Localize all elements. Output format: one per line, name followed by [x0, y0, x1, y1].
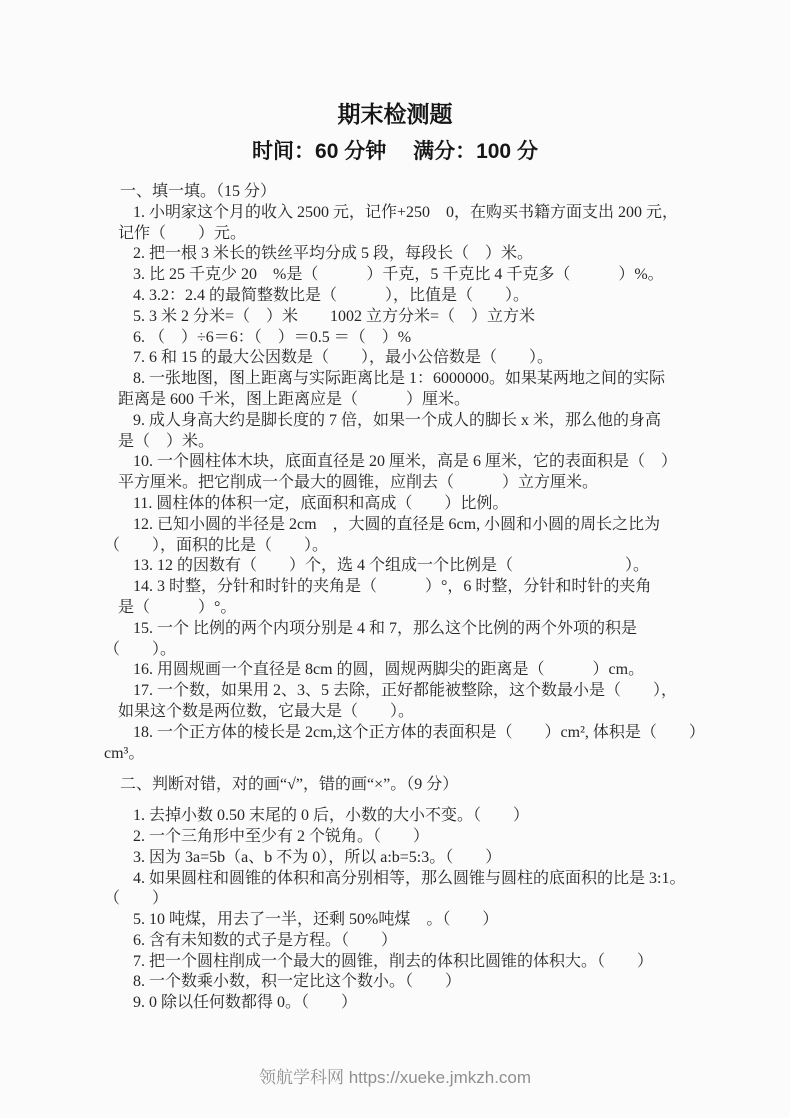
section: 二、判断对错，对的画“√”，错的画“×”。（9 分）1. 去掉小数 0.50 末… [118, 775, 790, 1014]
question-line: 10. 一个圆柱体木块，底面直径是 20 厘米，高是 6 厘米，它的表面积是（ … [118, 452, 790, 473]
question-line: 8. 一张地图，图上距离与实际距离比是 1：6000000。如果某两地之间的实际 [118, 369, 790, 390]
section-heading: 一、填一填。（15 分） [118, 182, 790, 203]
question-line: 1. 去掉小数 0.50 末尾的 0 后，小数的大小不变。（ ） [118, 806, 790, 827]
question-line: 4. 3.2：2.4 的最简整数比是（ ），比值是（ ）。 [118, 286, 790, 307]
question-line: 平方厘米。把它削成一个最大的圆锥，应削去（ ）立方厘米。 [118, 473, 790, 494]
question-line: 3. 因为 3a=5b（a、b 不为 0），所以 a:b=5:3。（ ） [118, 848, 790, 869]
question-line: （ ） [104, 889, 790, 910]
question-line: 12. 已知小圆的半径是 2cm ，大圆的直径是 6cm, 小圆和小圆的周长之比… [118, 515, 790, 536]
question-line: 距离是 600 千米，图上距离应是（ ）厘米。 [118, 390, 790, 411]
question-line: 5. 10 吨煤，用去了一半，还剩 50%吨煤 。（ ） [118, 910, 790, 931]
question-line: 3. 比 25 千克少 20 %是（ ）千克，5 千克比 4 千克多（ ）%。 [118, 265, 790, 286]
exam-page: 期末检测题 时间：60 分钟 满分：100 分 一、填一填。（15 分）1. 小… [0, 0, 790, 1118]
question-line: 如果这个数是两位数，它最大是（ ）。 [118, 702, 790, 723]
question-line: 1. 小明家这个月的收入 2500 元，记作+250 0，在购买书籍方面支出 2… [118, 203, 790, 224]
section: 一、填一填。（15 分）1. 小明家这个月的收入 2500 元，记作+250 0… [118, 182, 790, 764]
question-line: 14. 3 时整，分针和时针的夹角是（ ）°，6 时整，分针和时针的夹角 [118, 577, 790, 598]
question-line: 11. 圆柱体的体积一定，底面积和高成（ ）比例。 [118, 494, 790, 515]
question-line: 是（ ）米。 [118, 432, 790, 453]
question-line: 是（ ）°。 [118, 598, 790, 619]
question-line: 13. 12 的因数有（ ）个，选 4 个组成一个比例是（ ）。 [118, 556, 790, 577]
question-line: 7. 把一个圆柱削成一个最大的圆锥，削去的体积比圆锥的体积大。（ ） [118, 952, 790, 973]
question-line: 4. 如果圆柱和圆锥的体积和高分别相等，那么圆锥与圆柱的底面积的比是 3:1。 [118, 869, 790, 890]
question-line: 6. （ ）÷6＝6：（ ）＝0.5 ＝（ ）% [118, 328, 790, 349]
question-line: cm³。 [104, 744, 790, 765]
exam-meta: 时间：60 分钟 满分：100 分 [0, 138, 790, 166]
section-heading: 二、判断对错，对的画“√”，错的画“×”。（9 分） [118, 775, 790, 796]
footer-site-url: https://xueke.jmkzh.com [349, 1068, 531, 1087]
question-line: 8. 一个数乘小数，积一定比这个数小。（ ） [118, 972, 790, 993]
footer-watermark: 领航学科网 https://xueke.jmkzh.com [0, 1063, 790, 1088]
question-line: 2. 一个三角形中至少有 2 个锐角。（ ） [118, 827, 790, 848]
question-line: 18. 一个正方体的棱长是 2cm,这个正方体的表面积是（ ）cm², 体积是（… [118, 723, 790, 744]
question-line: 5. 3 米 2 分米=（ ）米 1002 立方分米=（ ）立方米 [118, 307, 790, 328]
question-line: 9. 0 除以任何数都得 0。（ ） [118, 993, 790, 1014]
question-line: 16. 用圆规画一个直径是 8cm 的圆，圆规两脚尖的距离是（ ）cm。 [118, 660, 790, 681]
question-line: 15. 一个 比例的两个内项分别是 4 和 7，那么这个比例的两个外项的积是 [118, 619, 790, 640]
page-title: 期末检测题 [0, 100, 790, 128]
exam-body: 一、填一填。（15 分）1. 小明家这个月的收入 2500 元，记作+250 0… [118, 182, 790, 1014]
question-line: 6. 含有未知数的式子是方程。（ ） [118, 931, 790, 952]
question-line: 7. 6 和 15 的最大公因数是（ ），最小公倍数是（ ）。 [118, 348, 790, 369]
question-line: 17. 一个数，如果用 2、3、5 去除，正好都能被整除，这个数最小是（ ）， [118, 681, 790, 702]
question-line: （ ）。 [104, 640, 790, 661]
question-line: （ ），面积的比是（ ）。 [104, 536, 790, 557]
question-line: 9. 成人身高大约是脚长度的 7 倍，如果一个成人的脚长 x 米，那么他的身高 [118, 411, 790, 432]
question-line: 2. 把一根 3 米长的铁丝平均分成 5 段，每段长（ ）米。 [118, 244, 790, 265]
question-line: 记作（ ）元。 [118, 224, 790, 245]
footer-site-name: 领航学科网 [259, 1068, 344, 1087]
